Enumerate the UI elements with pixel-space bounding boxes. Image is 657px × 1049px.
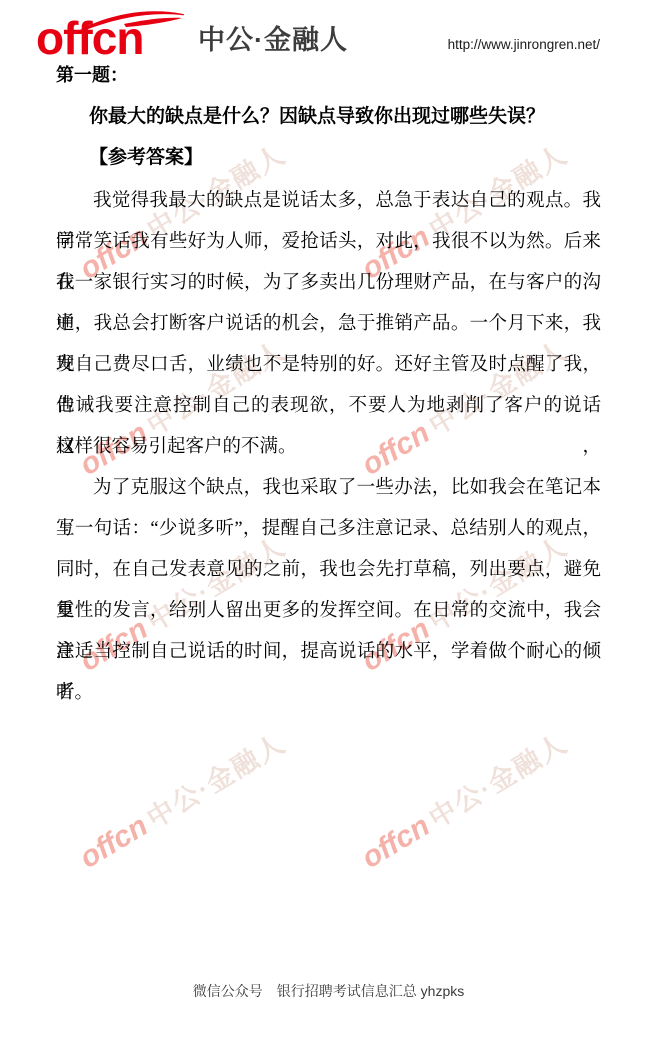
answer-line: 学常笑话我有些好为人师，爱抢话头，对此，我很不以为然。后来我 — [56, 222, 601, 263]
answer-line: 现自己费尽口舌，业绩也不是特别的好。还好主管及时点醒了我，他 — [56, 345, 601, 386]
answer-line: 同时，在自己发表意见的之前，我也会先打草稿，列出要点，避免重 — [56, 550, 601, 591]
answer-line: 在一家银行实习的时候，为了多卖出几份理财产品，在与客户的沟通 — [56, 263, 601, 304]
answer-paragraphs: 我觉得我最大的缺点是说话太多，总急于表达自己的观点。我同学常笑话我有些好为人师，… — [56, 181, 601, 714]
offcn-logo-icon: offcn — [36, 8, 186, 58]
section-heading: 第一题： — [56, 60, 601, 90]
logo-brand-cn: 中公·金融人 — [198, 27, 348, 58]
answer-line: 复性的发言，给别人留出更多的发挥空间。在日常的交流中，我会注 — [56, 591, 601, 632]
offcn-logo: offcn 中公·金融人 — [36, 8, 348, 58]
watermark-tile: offcn中公·金融人 — [75, 728, 291, 874]
logo-brand-en: offcn — [36, 12, 143, 58]
answer-line: 者。 — [56, 673, 601, 714]
document-content: 第一题： 你最大的缺点是什么？因缺点导致你出现过哪些失误？ 【参考答案】 我觉得… — [0, 60, 657, 714]
answer-line: 告诫我要注意控制自己的表现欲，不要人为地剥削了客户的说话权， — [56, 386, 601, 427]
answer-line: 为了克服这个缺点，我也采取了一些办法，比如我会在笔记本上 — [56, 468, 601, 509]
footer-text: 微信公众号 银行招聘考试信息汇总 yhzpks — [0, 981, 657, 1001]
answer-paragraph: 我觉得我最大的缺点是说话太多，总急于表达自己的观点。我同学常笑话我有些好为人师，… — [56, 181, 601, 468]
answer-line: 我觉得我最大的缺点是说话太多，总急于表达自己的观点。我同 — [56, 181, 601, 222]
question-text: 你最大的缺点是什么？因缺点导致你出现过哪些失误？ — [56, 96, 601, 137]
answer-paragraph: 为了克服这个缺点，我也采取了一些办法，比如我会在笔记本上写一句话：“少说多听”，… — [56, 468, 601, 714]
answer-label: 【参考答案】 — [56, 137, 601, 178]
watermark-tile: offcn中公·金融人 — [357, 728, 573, 874]
site-url: http://www.jinrongren.net/ — [448, 37, 600, 58]
page-header: offcn 中公·金融人 http://www.jinrongren.net/ — [0, 0, 657, 58]
answer-line: 写一句话：“少说多听”，提醒自己多注意记录、总结别人的观点， — [56, 509, 601, 550]
answer-line: 意适当控制自己说话的时间，提高说话的水平，学着做个耐心的倾听 — [56, 632, 601, 673]
document-page: offcn中公·金融人offcn中公·金融人offcn中公·金融人offcn中公… — [0, 0, 657, 1049]
answer-line: 中，我总会打断客户说话的机会，急于推销产品。一个月下来，我发 — [56, 304, 601, 345]
